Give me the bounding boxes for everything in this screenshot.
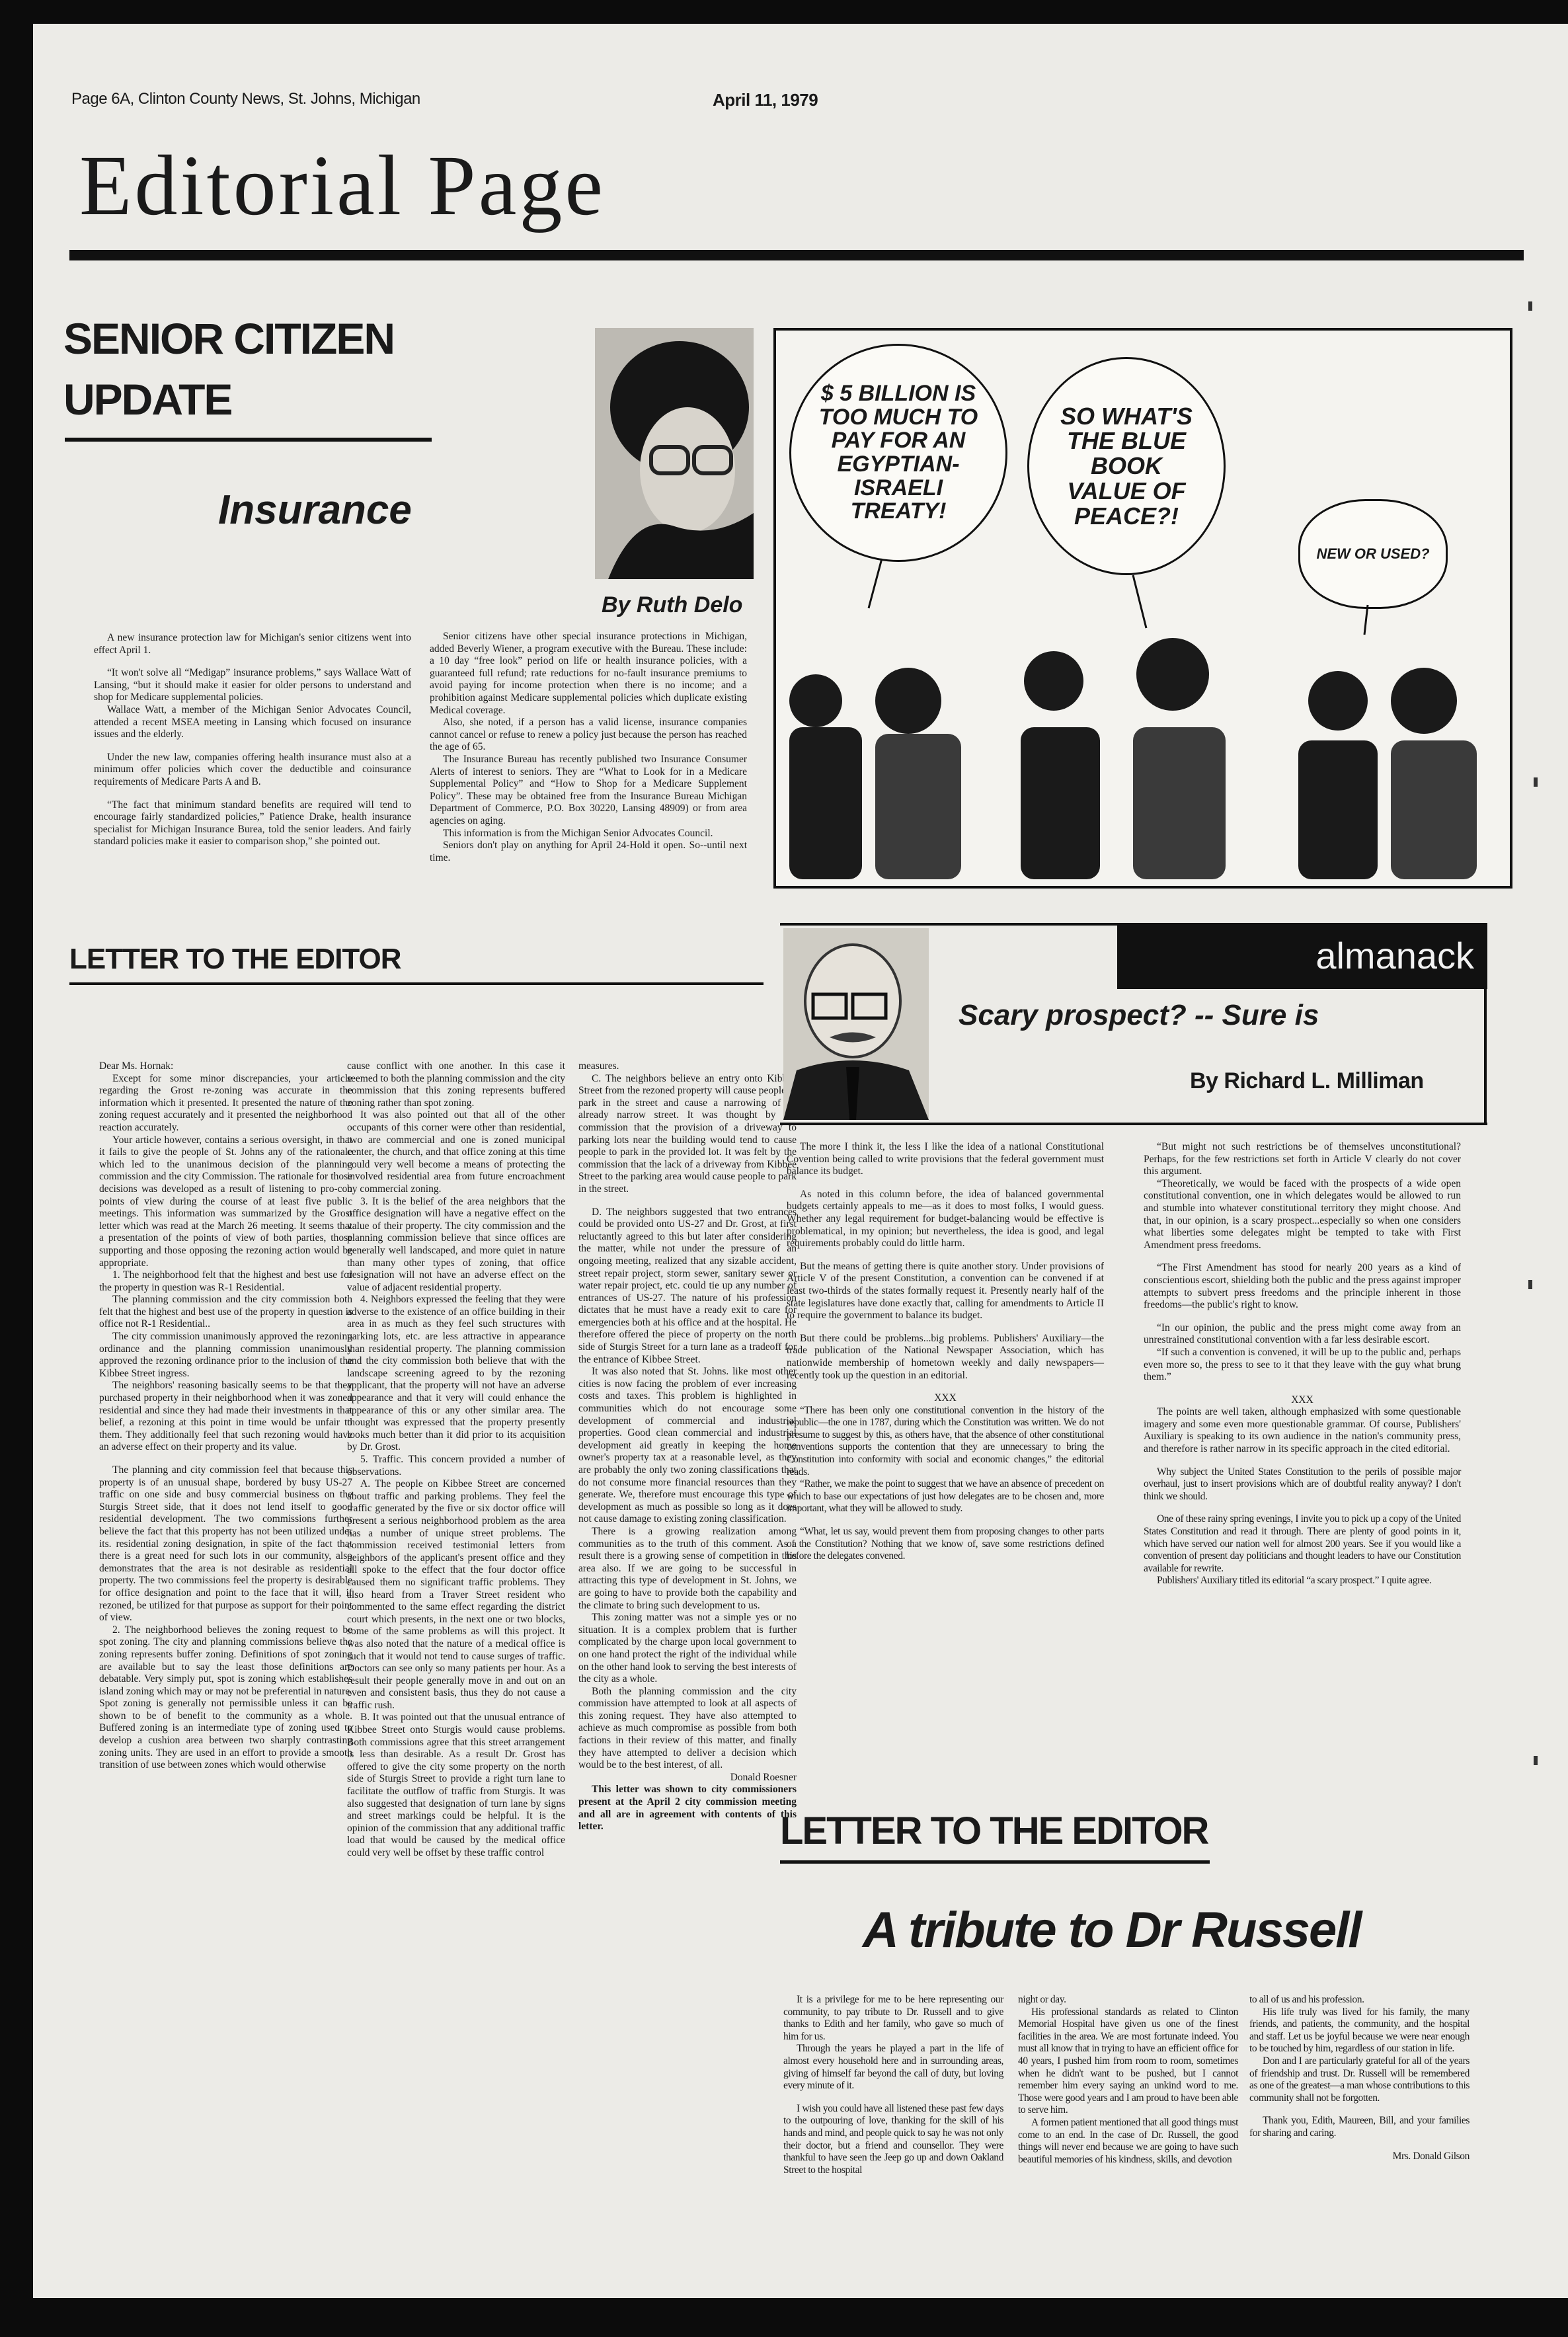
letter2-rule [780,1860,1210,1864]
senior-update-title: Insurance [218,487,412,534]
senior-update-kicker: SENIOR CITIZEN UPDATE [63,308,394,430]
kicker-rule [65,438,432,442]
scan-mark [1528,301,1532,311]
letter1-editor-note: This letter was shown to city commission… [578,1784,797,1833]
portrait-icon [783,928,929,1120]
senior-update-col1: A new insurance protection law for Michi… [94,632,411,848]
scan-mark [1534,1756,1538,1765]
letter1-rule [69,982,764,985]
almanack-title: Scary prospect? -- Sure is [959,999,1319,1032]
almanack-col2: “But might not such restrictions be of t… [1144,1141,1461,1587]
page-title: Editorial Page [79,143,606,229]
letter1-col1: Dear Ms. Hornak: Except for some minor d… [99,1060,352,1772]
scan-mark [1528,1280,1532,1289]
scan-bottom-border [0,2298,1568,2337]
letter1-col3: measures. C. The neighbors believe an en… [578,1060,797,1833]
editorial-cartoon: $ 5 BILLION IS TOO MUCH TO PAY FOR AN EG… [773,328,1512,889]
scan-mark [1534,777,1538,787]
almanack-bottom-rule [780,1123,1487,1125]
letter2-signature: Mrs. Donald Gilson [1249,2151,1470,2163]
portrait-icon [595,328,754,579]
letter1-kicker: LETTER TO THE EDITOR [69,943,401,976]
almanack-col1: The more I think it, the less I like the… [787,1141,1104,1563]
almanack-side-rule [1484,989,1487,1125]
letter2-kicker: LETTER TO THE EDITOR [780,1809,1208,1853]
newspaper-page: Page 6A, Clinton County News, St. Johns,… [33,24,1568,2298]
almanack-top-rule [780,923,1117,926]
letter2-title: A tribute to Dr Russell [863,1901,1360,1959]
cartoon-figures-icon [776,331,1510,886]
senior-update-byline: By Ruth Delo [602,592,742,618]
letter2-col3: to all of us and his profession. His lif… [1249,1994,1470,2162]
masthead-rule [69,250,1524,260]
almanack-byline: By Richard L. Milliman [1190,1068,1424,1094]
ruth-delo-photo [595,328,754,579]
issue-date: April 11, 1979 [713,90,818,110]
letter1-signature: Donald Roesner [578,1772,797,1784]
almanack-label: almanack [1117,923,1487,989]
page-folio: Page 6A, Clinton County News, St. Johns,… [71,90,420,108]
letter2-col1: It is a privilege for me to be here repr… [783,1994,1003,2176]
senior-update-col2: Senior citizens have other special insur… [430,631,747,864]
letter2-col2: night or day. His professional standards… [1018,1994,1238,2166]
richard-milliman-photo [783,928,929,1120]
letter1-col2: cause conflict with one another. In this… [347,1060,565,1860]
